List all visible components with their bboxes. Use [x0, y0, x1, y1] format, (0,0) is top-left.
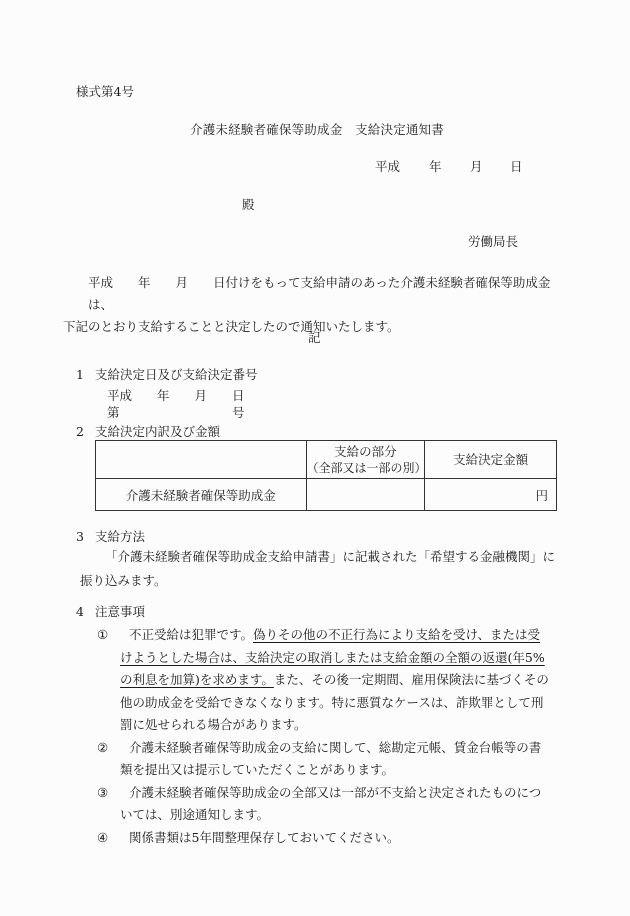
header-part-line2: （全部又は一部の別）: [307, 460, 425, 476]
section-title: 支給決定内訳及び金額: [95, 424, 220, 439]
issue-date: 平成 年 月 日: [375, 161, 522, 174]
header-part-line1: 支給の部分: [307, 444, 425, 460]
section-number: 2: [76, 426, 95, 439]
intro-paragraph: 平成 年 月 日付けをもって支給申請のあった介護未経験者確保等助成金は、 下記の…: [63, 272, 563, 338]
section-1-heading: 1支給決定日及び支給決定番号: [76, 369, 258, 382]
section-number: 1: [76, 369, 95, 382]
amount-cell[interactable]: 円: [425, 479, 557, 511]
section-3-heading: 3支給方法: [76, 531, 145, 544]
note-item-4: ④ 関係書類は5年間整理保存しておいてください。: [97, 827, 552, 850]
note-text: 介護未経験者確保等助成金の支給に関して、総勘定元帳、賃金台帳等の書類を提出又は提…: [120, 740, 541, 778]
date-month: 月: [470, 161, 506, 174]
section-number: 4: [76, 606, 95, 619]
note-item-3: ③ 介護未経験者確保等助成金の全部又は一部が不支給と決定されたものについては、別…: [97, 782, 552, 827]
table-header-row: 支給の部分 （全部又は一部の別） 支給決定金額: [96, 441, 557, 479]
payment-part-cell[interactable]: [306, 479, 425, 511]
form-number: 様式第4号: [76, 86, 134, 99]
notes-list: ① 不正受給は犯罪です。偽りその他の不正行為により支給を受け、または受けようとし…: [97, 624, 552, 849]
document-title: 介護未経験者確保等助成金 支給決定通知書: [190, 124, 444, 137]
table-header-amount: 支給決定金額: [425, 441, 557, 479]
table-header-part: 支給の部分 （全部又は一部の別）: [306, 441, 425, 479]
note-text: 関係書類は5年間整理保存しておいてください。: [120, 830, 399, 845]
section-title: 支給方法: [95, 529, 145, 544]
subsidy-name-cell: 介護未経験者確保等助成金: [96, 479, 307, 511]
section-number: 3: [76, 531, 95, 544]
date-year: 年: [429, 161, 466, 174]
note-marker: ③: [97, 782, 108, 805]
date-day: 日: [510, 161, 523, 174]
decision-date: 平成 年 月 日: [107, 390, 245, 403]
note-body: 関係書類は5年間整理保存しておいてください。: [120, 827, 552, 850]
note-marker: ④: [97, 827, 108, 850]
section-2-heading: 2支給決定内訳及び金額: [76, 426, 220, 439]
note-body: 不正受給は犯罪です。偽りその他の不正行為により支給を受け、または受けようとした場…: [120, 624, 552, 737]
note-item-2: ② 介護未経験者確保等助成金の支給に関して、総勘定元帳、賃金台帳等の書類を提出又…: [97, 737, 552, 782]
decision-number: 第 号: [107, 407, 245, 420]
note-pre: 不正受給は犯罪です。: [120, 627, 253, 642]
section-title: 支給決定日及び支給決定番号: [95, 367, 258, 382]
amount-table: 支給の部分 （全部又は一部の別） 支給決定金額 介護未経験者確保等助成金 円: [95, 440, 557, 511]
note-text: 介護未経験者確保等助成金の全部又は一部が不支給と決定されたものについては、別途通…: [120, 785, 541, 823]
ki-heading: 記: [308, 332, 321, 345]
table-header-blank: [96, 441, 307, 479]
note-marker: ①: [97, 624, 108, 647]
payment-method-text: 「介護未経験者確保等助成金支給申請書」に記載された「希望する金融機関」に振り込み…: [80, 545, 560, 593]
addressee: 殿: [242, 199, 255, 212]
intro-line-1: 平成 年 月 日付けをもって支給申請のあった介護未経験者確保等助成金は、: [63, 272, 563, 316]
note-marker: ②: [97, 737, 108, 760]
note-body: 介護未経験者確保等助成金の支給に関して、総勘定元帳、賃金台帳等の書類を提出又は提…: [120, 737, 552, 782]
note-item-1: ① 不正受給は犯罪です。偽りその他の不正行為により支給を受け、または受けようとし…: [97, 624, 552, 737]
issuer: 労働局長: [468, 236, 518, 249]
note-body: 介護未経験者確保等助成金の全部又は一部が不支給と決定されたものについては、別途通…: [120, 782, 552, 827]
section-title: 注意事項: [95, 604, 145, 619]
table-row: 介護未経験者確保等助成金 円: [96, 479, 557, 511]
date-era: 平成: [375, 161, 425, 174]
section-4-heading: 4注意事項: [76, 606, 145, 619]
